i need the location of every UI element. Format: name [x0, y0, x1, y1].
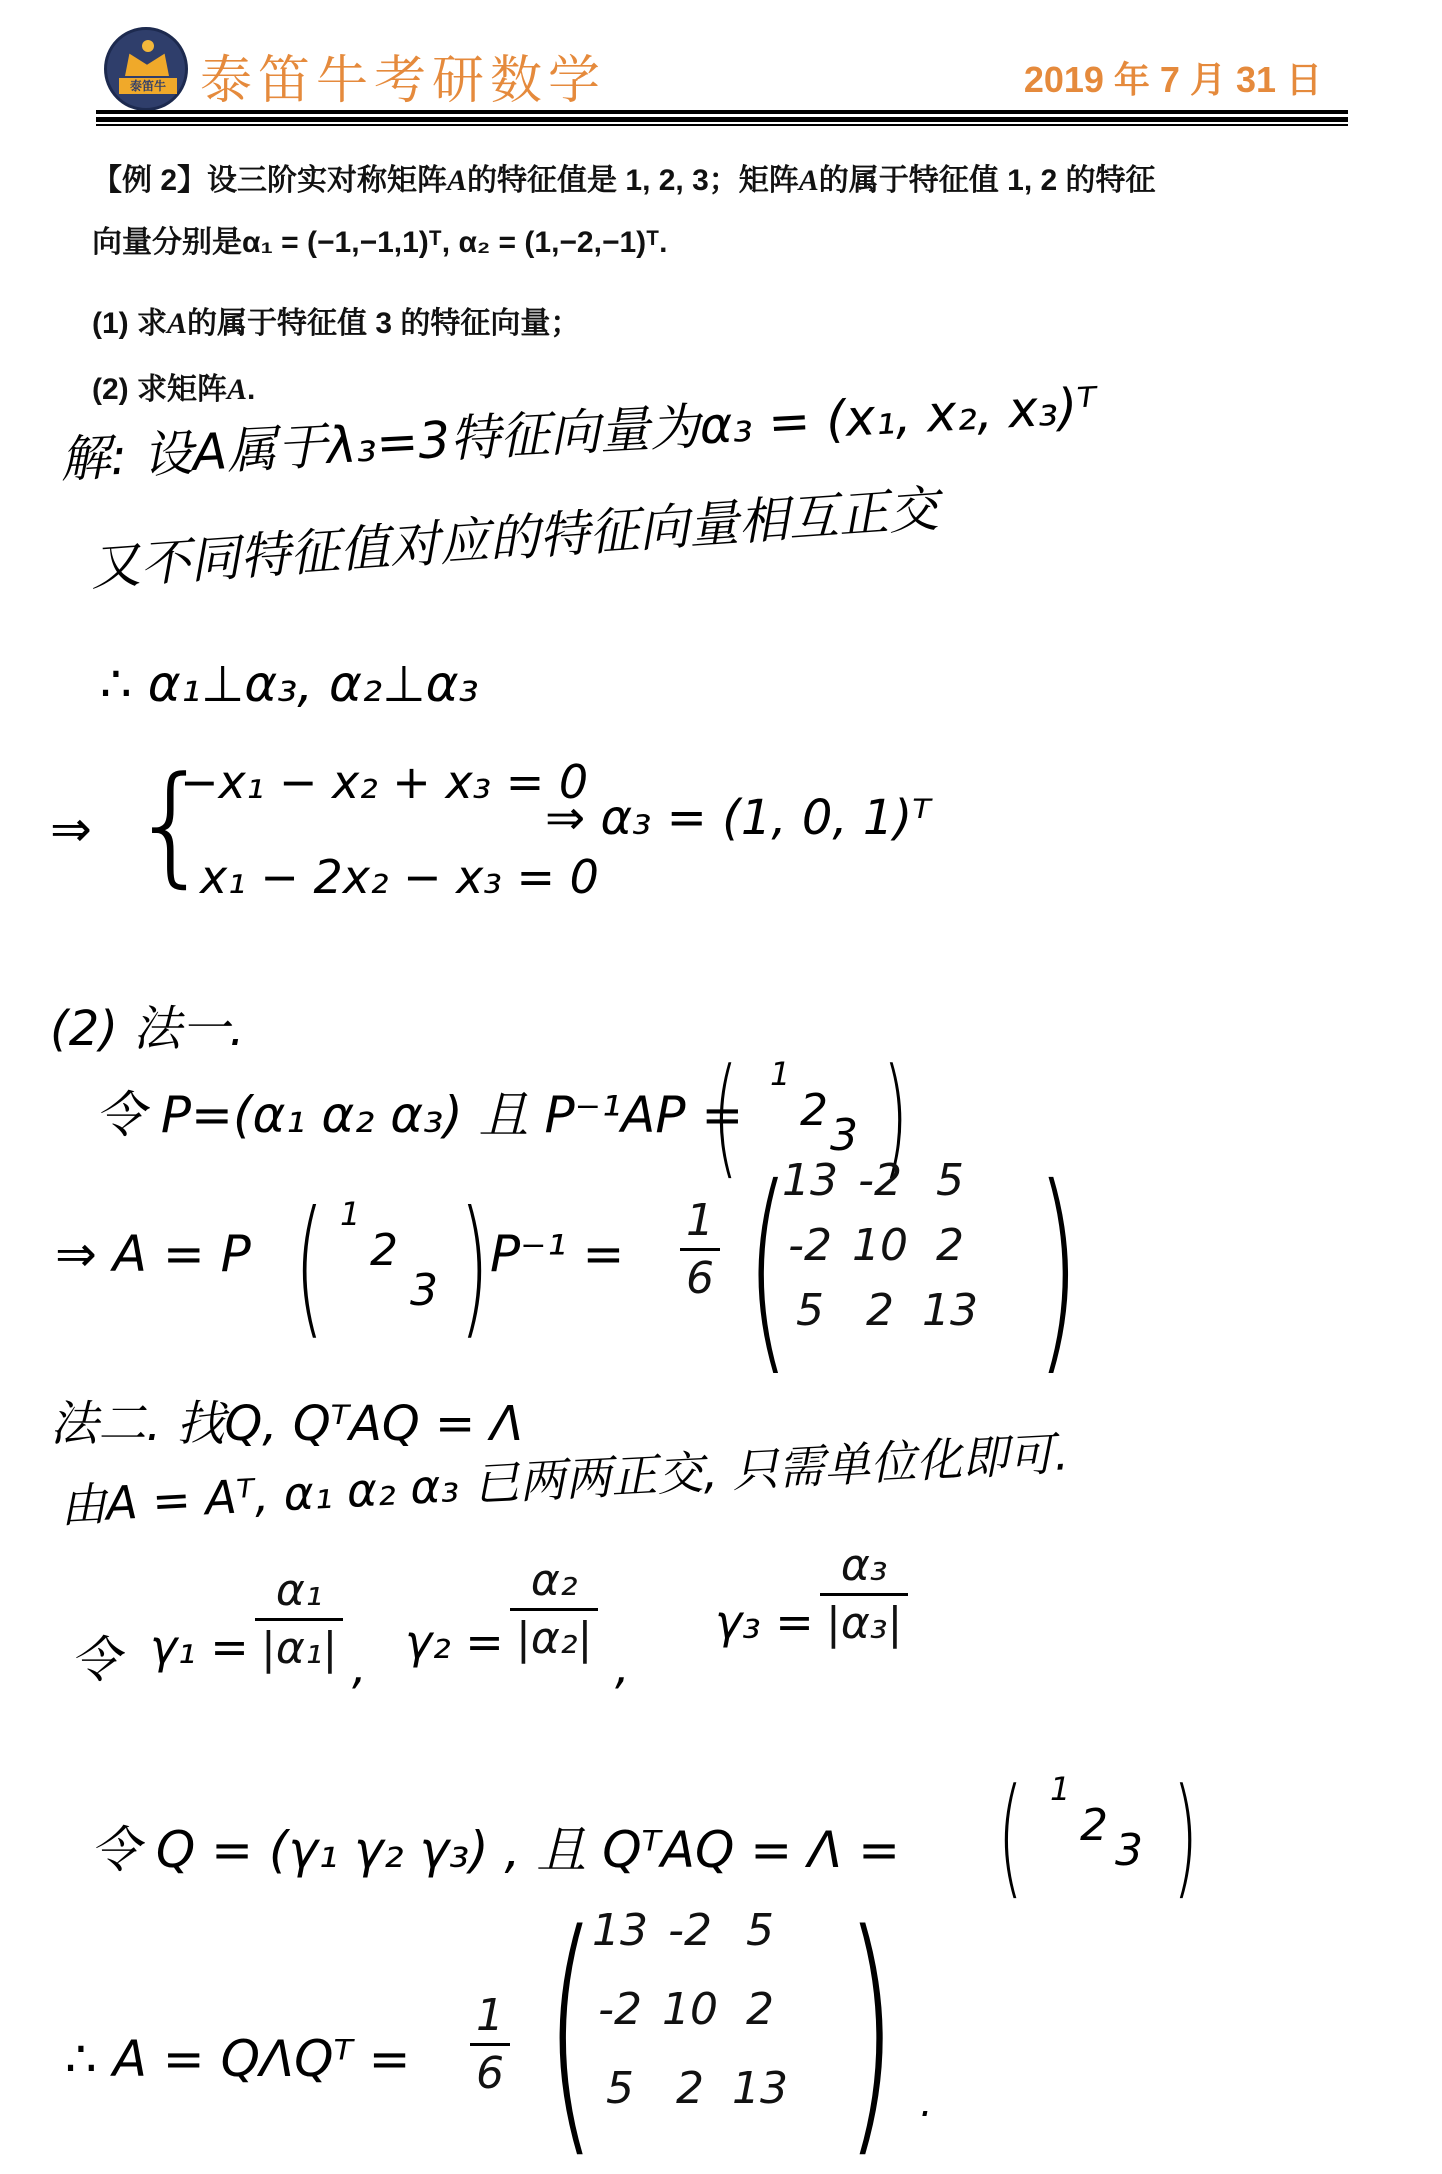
fraction-bar	[510, 1608, 598, 1611]
matrix-cell: 13	[915, 1285, 985, 1336]
matrix-cell: 2	[655, 2063, 725, 2114]
fraction-one-sixth: 1 6	[470, 1990, 510, 2099]
problem-line-2: 向量分别是α₁ = (−1,−1,1)ᵀ, α₂ = (1,−2,−1)ᵀ.	[92, 212, 1352, 274]
paren-right: )	[1173, 1760, 1198, 1912]
numerator: α₃	[835, 1540, 894, 1591]
header-rule	[96, 124, 1348, 126]
paren-left: (	[713, 1040, 738, 1192]
matrix-cell: 2	[845, 1285, 915, 1336]
part-2-method-1: (2) 法一.	[50, 990, 245, 1059]
question-2: (2) 求矩阵A.	[92, 364, 255, 408]
question-1: (1) 求A的属于特征值 3 的特征向量；	[92, 298, 580, 342]
brand-title: 泰笛牛考研数学	[200, 38, 606, 113]
text: 的特征值是 1, 2, 3；矩阵	[467, 164, 799, 197]
matrix-cell: 13	[775, 1155, 845, 1206]
denominator: |α₁|	[255, 1623, 343, 1674]
matrix-cell: 2	[915, 1220, 985, 1271]
numerator: 1	[470, 1990, 510, 2041]
method-2-let: 令	[70, 1620, 120, 1692]
diag-1: 1	[1050, 1770, 1070, 1808]
alpha3-result: ⇒ α₃ = (1, 0, 1)ᵀ	[545, 790, 931, 846]
diag-2: 2	[1080, 1800, 1108, 1851]
gamma-1-fraction: α₁ |α₁|	[255, 1565, 343, 1674]
matrix-cell: -2	[585, 1984, 655, 2035]
fraction-one-sixth: 1 6	[680, 1195, 720, 1304]
text: 【例 2】设三阶实对称矩阵	[92, 164, 447, 197]
matrix-cell: -2	[775, 1220, 845, 1271]
diag-2: 2	[800, 1085, 828, 1136]
logo-text: 泰笛牛	[119, 78, 177, 94]
final-period: .	[920, 2080, 933, 2126]
solution-line-3: ∴ α₁⊥α₃, α₂⊥α₃	[100, 655, 479, 713]
fraction-bar	[255, 1618, 343, 1621]
paren-right: )	[460, 1180, 489, 1354]
diag-1: 1	[340, 1195, 360, 1233]
sun-icon	[142, 40, 154, 52]
matrix-symbol: A	[227, 373, 247, 406]
denominator: |α₂|	[510, 1613, 598, 1664]
matrix-cell: 2	[725, 1984, 795, 2035]
gamma-3-lhs: γ₃ =	[715, 1595, 814, 1649]
method-1-line-1: 令 P=(α₁ α₂ α₃) 且 P⁻¹AP =	[95, 1075, 743, 1147]
text: 的属于特征值 1, 2 的特征	[819, 164, 1156, 197]
matrix-cell: 5	[775, 1285, 845, 1336]
text: .	[247, 373, 255, 406]
equation-1: −x₁ − x₂ + x₃ = 0	[180, 755, 588, 809]
matrix-cell: 5	[915, 1155, 985, 1206]
problem-line-1: 【例 2】设三阶实对称矩阵A的特征值是 1, 2, 3；矩阵A的属于特征值 1,…	[92, 150, 1352, 212]
matrix-cell: 13	[585, 1905, 655, 1956]
text: 的属于特征值 3 的特征向量；	[187, 307, 580, 340]
numerator: 1	[680, 1195, 720, 1246]
separator: ,	[352, 1640, 367, 1694]
method-1-line-2a: ⇒ A = P	[55, 1225, 251, 1283]
equation-2: x₁ − 2x₂ − x₃ = 0	[200, 850, 599, 904]
matrix-symbol: A	[167, 307, 187, 340]
method-2-line-5: ∴ A = QΛQᵀ =	[65, 2030, 411, 2088]
fraction-bar	[470, 2043, 510, 2046]
diag-3: 3	[1115, 1825, 1143, 1876]
matrix-cell: 5	[725, 1905, 795, 1956]
result-matrix-1: 13 -2 5 -2 10 2 5 2 13	[775, 1155, 985, 1336]
matrix-cell: -2	[655, 1905, 725, 1956]
denominator: 6	[680, 1253, 720, 1304]
method-2-line-4: 令 Q = (γ₁ γ₂ γ₃) , 且 QᵀAQ = Λ =	[90, 1810, 900, 1882]
result-matrix-2: 13 -2 5 -2 10 2 5 2 13	[585, 1905, 795, 2114]
page-header: 泰笛牛 泰笛牛考研数学 2019 年 7 月 31 日	[0, 0, 1442, 130]
method-2-title: 法二. 找Q, QᵀAQ = Λ	[50, 1385, 523, 1454]
separator: ,	[615, 1640, 630, 1694]
matrix-cell: 5	[585, 2063, 655, 2114]
numerator: α₂	[525, 1555, 584, 1606]
gamma-1-lhs: γ₁ =	[150, 1620, 249, 1674]
numerator: α₁	[270, 1565, 329, 1616]
implies-symbol: ⇒	[50, 800, 92, 858]
diag-3: 3	[830, 1110, 858, 1161]
denominator: |α₃|	[820, 1598, 908, 1649]
solution-line-2: 又不同特征值对应的特征向量相互正交	[87, 469, 940, 600]
paren-left: (	[998, 1760, 1023, 1912]
gamma-2-fraction: α₂ |α₂|	[510, 1555, 598, 1664]
matrix-cell: 13	[725, 2063, 795, 2114]
header-rule	[96, 117, 1348, 122]
denominator: 6	[470, 2048, 510, 2099]
date: 2019 年 7 月 31 日	[1024, 52, 1322, 103]
diag-3: 3	[410, 1265, 438, 1316]
matrix-cell: -2	[845, 1155, 915, 1206]
method-1-line-2b: P⁻¹ =	[490, 1225, 624, 1283]
text: (2) 求矩阵	[92, 373, 227, 406]
header-rule	[96, 110, 1348, 114]
book-icon	[125, 48, 169, 76]
paren-left: (	[295, 1180, 324, 1354]
matrix-cell: 10	[655, 1984, 725, 2035]
problem-statement: 【例 2】设三阶实对称矩阵A的特征值是 1, 2, 3；矩阵A的属于特征值 1,…	[92, 150, 1352, 274]
gamma-3-fraction: α₃ |α₃|	[820, 1540, 908, 1649]
paren-right: )	[845, 1880, 896, 2174]
fraction-bar	[680, 1248, 720, 1251]
matrix-symbol: A	[447, 164, 467, 197]
fraction-bar	[820, 1593, 908, 1596]
diag-1: 1	[770, 1055, 790, 1093]
text: (1) 求	[92, 307, 167, 340]
paren-right: )	[1036, 1140, 1079, 1396]
logo-emblem: 泰笛牛	[104, 27, 188, 111]
matrix-cell: 10	[845, 1220, 915, 1271]
matrix-symbol: A	[799, 164, 819, 197]
gamma-2-lhs: γ₂ =	[405, 1615, 504, 1669]
diag-2: 2	[370, 1225, 398, 1276]
